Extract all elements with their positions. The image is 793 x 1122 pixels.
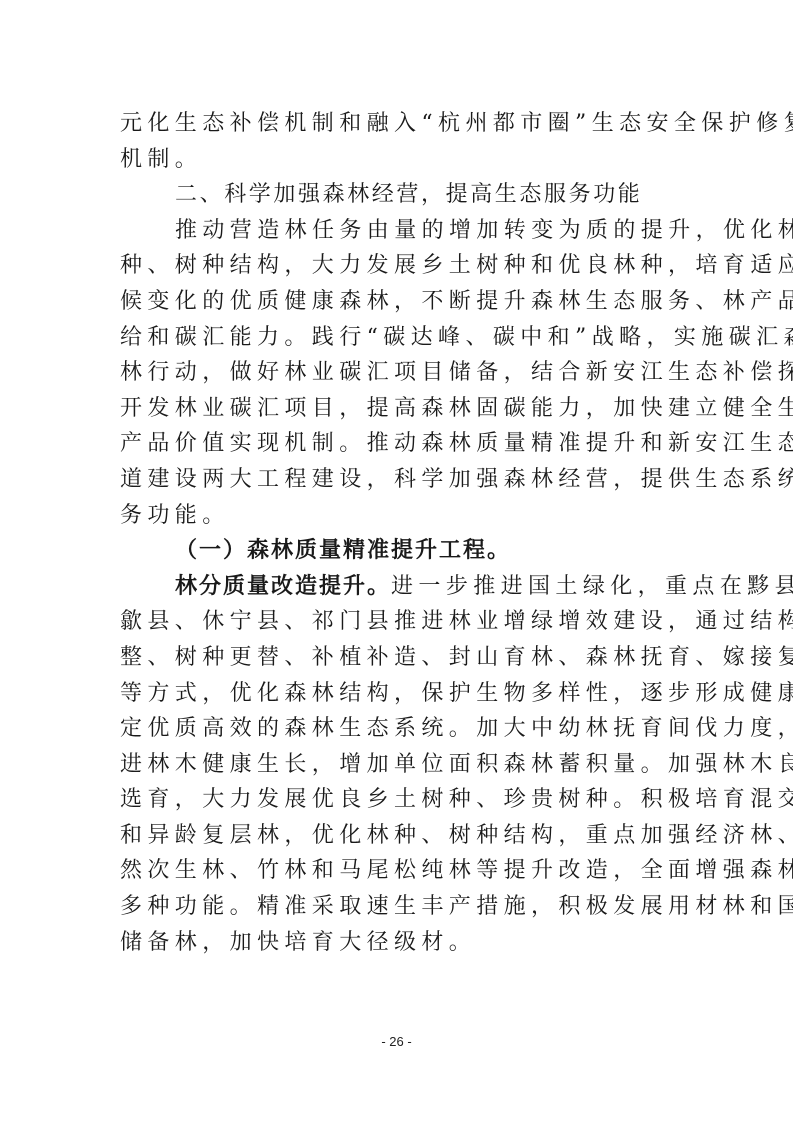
text-line: 种、树种结构，大力发展乡土树种和优良林种，培育适应气	[120, 248, 676, 284]
text-line: 开发林业碳汇项目，提高森林固碳能力，加快建立健全生态	[120, 391, 676, 427]
text-line: 进林木健康生长，增加单位面积森林蓄积量。加强林木良种	[120, 747, 676, 783]
text-line: 产品价值实现机制。推动森林质量精准提升和新安江生态廊	[120, 426, 676, 462]
text-line: 推动营造林任务由量的增加转变为质的提升，优化林	[120, 213, 676, 249]
text-line: 等方式，优化森林结构，保护生物多样性，逐步形成健康稳	[120, 676, 676, 712]
text-line: 元化生态补偿机制和融入“杭州都市圈”生态安全保护修复	[120, 106, 676, 142]
text-line: 和异龄复层林，优化林种、树种结构，重点加强经济林、天	[120, 818, 676, 854]
section-heading: 二、科学加强森林经营，提高生态服务功能	[120, 177, 676, 213]
text-line: 歙县、休宁县、祁门县推进林业增绿增效建设，通过结构调	[120, 604, 676, 640]
text-line-first: 林分质量改造提升。进一步推进国土绿化，重点在黟县、	[120, 569, 676, 605]
text-line: 定优质高效的森林生态系统。加大中幼林抚育间伐力度，促	[120, 711, 676, 747]
text-line: 给和碳汇能力。践行“碳达峰、碳中和”战略，实施碳汇森	[120, 320, 676, 356]
text-line: 储备林，加快培育大径级材。	[120, 925, 676, 961]
lead-bold-phrase: 林分质量改造提升。	[175, 574, 391, 599]
intro-paragraph: 推动营造林任务由量的增加转变为质的提升，优化林 种、树种结构，大力发展乡土树种和…	[120, 213, 676, 533]
document-page: 元化生态补偿机制和融入“杭州都市圈”生态安全保护修复 机制。 二、科学加强森林经…	[120, 106, 676, 960]
continuation-paragraph: 元化生态补偿机制和融入“杭州都市圈”生态安全保护修复 机制。	[120, 106, 676, 177]
text-line: 道建设两大工程建设，科学加强森林经营，提供生态系统服	[120, 462, 676, 498]
text-line: 林行动，做好林业碳汇项目储备，结合新安江生态补偿探索	[120, 355, 676, 391]
text-line: 选育，大力发展优良乡土树种、珍贵树种。积极培育混交林	[120, 782, 676, 818]
page-number: - 26 -	[0, 1034, 793, 1049]
text-line: 务功能。	[120, 498, 676, 534]
text-line: 然次生林、竹林和马尾松纯林等提升改造，全面增强森林的	[120, 853, 676, 889]
text-line: 整、树种更替、补植补造、封山育林、森林抚育、嫁接复壮	[120, 640, 676, 676]
body-paragraph: 林分质量改造提升。进一步推进国土绿化，重点在黟县、 歙县、休宁县、祁门县推进林业…	[120, 569, 676, 961]
text-line: 多种功能。精准采取速生丰产措施，积极发展用材林和国家	[120, 889, 676, 925]
subsection-heading: （一）森林质量精准提升工程。	[120, 533, 676, 569]
text-line: 候变化的优质健康森林，不断提升森林生态服务、林产品供	[120, 284, 676, 320]
first-line-rest: 进一步推进国土绿化，重点在黟县、	[391, 574, 793, 599]
text-line: 机制。	[120, 142, 676, 178]
